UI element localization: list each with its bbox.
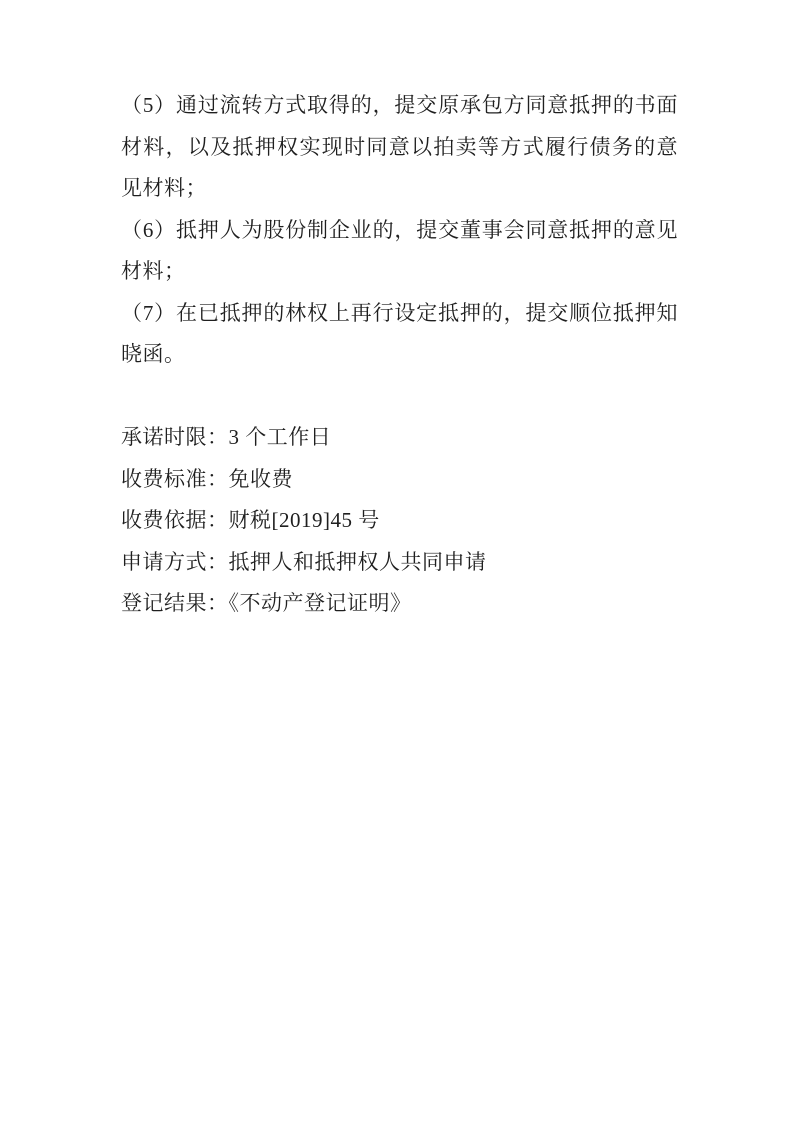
paragraph-item-7: （7）在已抵押的林权上再行设定抵押的，提交顺位抵押知晓函。 bbox=[121, 293, 678, 376]
field-fee-standard: 收费标准：免收费 bbox=[121, 459, 678, 501]
field-fee-basis-value: 财税[2019]45 号 bbox=[229, 508, 380, 532]
field-registration-result-value: 《不动产登记证明》 bbox=[229, 591, 412, 615]
field-fee-standard-value: 免收费 bbox=[229, 467, 294, 491]
field-commitment-time: 承诺时限：3 个工作日 bbox=[121, 417, 678, 459]
field-registration-result-label: 登记结果： bbox=[121, 591, 229, 615]
document-page: （5）通过流转方式取得的，提交原承包方同意抵押的书面材料，以及抵押权实现时同意以… bbox=[0, 0, 793, 1122]
document-content: （5）通过流转方式取得的，提交原承包方同意抵押的书面材料，以及抵押权实现时同意以… bbox=[121, 85, 678, 625]
field-registration-result: 登记结果：《不动产登记证明》 bbox=[121, 583, 678, 625]
blank-line-spacer bbox=[121, 376, 678, 418]
field-commitment-time-value: 3 个工作日 bbox=[229, 425, 332, 449]
field-fee-basis: 收费依据：财税[2019]45 号 bbox=[121, 500, 678, 542]
field-application-method-label: 申请方式： bbox=[121, 550, 229, 574]
field-fee-standard-label: 收费标准： bbox=[121, 467, 229, 491]
paragraph-item-6: （6）抵押人为股份制企业的，提交董事会同意抵押的意见材料； bbox=[121, 210, 678, 293]
field-application-method-value: 抵押人和抵押权人共同申请 bbox=[229, 550, 487, 574]
field-application-method: 申请方式：抵押人和抵押权人共同申请 bbox=[121, 542, 678, 584]
field-fee-basis-label: 收费依据： bbox=[121, 508, 229, 532]
paragraph-item-5: （5）通过流转方式取得的，提交原承包方同意抵押的书面材料，以及抵押权实现时同意以… bbox=[121, 85, 678, 210]
field-commitment-time-label: 承诺时限： bbox=[121, 425, 229, 449]
